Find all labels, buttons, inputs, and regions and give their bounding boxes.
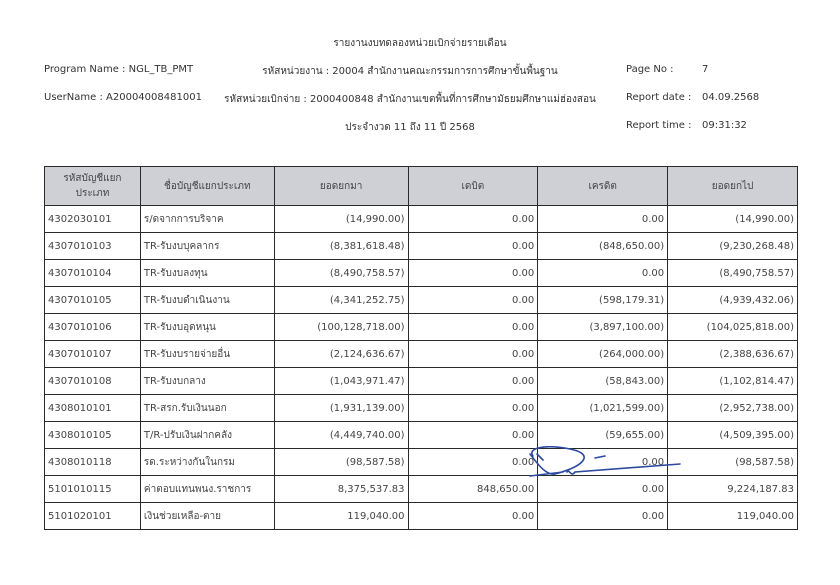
report-period: ประจำงวด 11 ถึง 11 ปี 2568 <box>205 120 615 135</box>
table-row: 4307010106TR-รับงบอุดหนุน(100,128,718.00… <box>45 314 798 341</box>
cell-credit: 0.00 <box>538 206 668 233</box>
cell-balance-carried: (98,587.58) <box>668 449 798 476</box>
cell-account-name: TR-รับงบอุดหนุน <box>140 314 274 341</box>
cell-debit: 0.00 <box>408 341 538 368</box>
header-balance-carried: ยอดยกไป <box>668 167 798 206</box>
cell-balance-carried: (4,509,395.00) <box>668 422 798 449</box>
cell-account-code: 5101020101 <box>45 503 141 530</box>
cell-credit: 0.00 <box>538 449 668 476</box>
cell-credit: (3,897,100.00) <box>538 314 668 341</box>
cell-debit: 848,650.00 <box>408 476 538 503</box>
cell-balance-forward: (1,043,971.47) <box>274 368 408 395</box>
table-row: 4302030101ร/ดจากการบริจาค(14,990.00)0.00… <box>45 206 798 233</box>
disbursing-unit: รหัสหน่วยเบิกจ่าย : 2000400848 สำนักงานเ… <box>205 92 615 107</box>
page-no-label: Page No : <box>626 64 674 75</box>
cell-balance-forward: (8,381,618.48) <box>274 233 408 260</box>
header-account-name: ชื่อบัญชีแยกประเภท <box>140 167 274 206</box>
cell-balance-carried: 119,040.00 <box>668 503 798 530</box>
table-row: 4307010104TR-รับงบลงทุน(8,490,758.57)0.0… <box>45 260 798 287</box>
cell-account-name: TR-รับงบลงทุน <box>140 260 274 287</box>
cell-credit: (598,179.31) <box>538 287 668 314</box>
cell-balance-carried: (104,025,818.00) <box>668 314 798 341</box>
cell-account-code: 4308010118 <box>45 449 141 476</box>
cell-debit: 0.00 <box>408 233 538 260</box>
cell-account-code: 4308010101 <box>45 395 141 422</box>
agency-code: รหัสหน่วยงาน : 20004 สำนักงานคณะกรรมการก… <box>205 64 615 79</box>
cell-balance-forward: (4,341,252.75) <box>274 287 408 314</box>
cell-account-code: 4307010107 <box>45 341 141 368</box>
cell-account-code: 4307010105 <box>45 287 141 314</box>
report-date: 04.09.2568 <box>702 92 759 103</box>
cell-balance-forward: 8,375,537.83 <box>274 476 408 503</box>
cell-debit: 0.00 <box>408 287 538 314</box>
cell-credit: (58,843.00) <box>538 368 668 395</box>
cell-balance-forward: (98,587.58) <box>274 449 408 476</box>
table-row: 4307010107TR-รับงบรายจ่ายอื่น(2,124,636.… <box>45 341 798 368</box>
cell-account-name: รด.ระหว่างกันในกรม <box>140 449 274 476</box>
report-title: รายงานงบทดลองหน่วยเบิกจ่ายรายเดือน <box>0 36 840 51</box>
cell-debit: 0.00 <box>408 422 538 449</box>
cell-account-code: 4308010105 <box>45 422 141 449</box>
header-debit: เดบิต <box>408 167 538 206</box>
table-row: 4308010105T/R-ปรับเงินฝากคลัง(4,449,740.… <box>45 422 798 449</box>
cell-account-name: ร/ดจากการบริจาค <box>140 206 274 233</box>
cell-account-code: 5101010115 <box>45 476 141 503</box>
cell-credit: (848,650.00) <box>538 233 668 260</box>
cell-debit: 0.00 <box>408 449 538 476</box>
cell-account-code: 4307010104 <box>45 260 141 287</box>
cell-account-name: T/R-ปรับเงินฝากคลัง <box>140 422 274 449</box>
cell-balance-carried: (14,990.00) <box>668 206 798 233</box>
cell-balance-forward: (2,124,636.67) <box>274 341 408 368</box>
header-account-code: รหัสบัญชีแยกประเภท <box>45 167 141 206</box>
cell-credit: (264,000.00) <box>538 341 668 368</box>
table-header-row: รหัสบัญชีแยกประเภท ชื่อบัญชีแยกประเภท ยอ… <box>45 167 798 206</box>
cell-account-name: TR-รับงบบุคลากร <box>140 233 274 260</box>
cell-account-name: ค่าตอบแทนพนง.ราชการ <box>140 476 274 503</box>
report-time: 09:31:32 <box>702 120 747 131</box>
page-no: 7 <box>702 64 708 75</box>
cell-credit: (59,655.00) <box>538 422 668 449</box>
trial-balance-table: รหัสบัญชีแยกประเภท ชื่อบัญชีแยกประเภท ยอ… <box>44 166 798 530</box>
report-time-label: Report time : <box>626 120 691 131</box>
table-row: 5101010115ค่าตอบแทนพนง.ราชการ8,375,537.8… <box>45 476 798 503</box>
cell-account-name: TR-รับงบดำเนินงาน <box>140 287 274 314</box>
cell-account-code: 4307010108 <box>45 368 141 395</box>
cell-account-name: TR-รับงบรายจ่ายอื่น <box>140 341 274 368</box>
cell-balance-forward: (8,490,758.57) <box>274 260 408 287</box>
table-row: 4308010118รด.ระหว่างกันในกรม(98,587.58)0… <box>45 449 798 476</box>
cell-balance-carried: (2,388,636.67) <box>668 341 798 368</box>
table-row: 4307010103TR-รับงบบุคลากร(8,381,618.48)0… <box>45 233 798 260</box>
table-row: 5101020101เงินช่วยเหลือ-ตาย119,040.000.0… <box>45 503 798 530</box>
cell-account-name: เงินช่วยเหลือ-ตาย <box>140 503 274 530</box>
cell-balance-carried: (8,490,758.57) <box>668 260 798 287</box>
cell-debit: 0.00 <box>408 260 538 287</box>
user-name: UserName : A20004008481001 <box>44 92 202 103</box>
cell-credit: (1,021,599.00) <box>538 395 668 422</box>
cell-account-code: 4307010103 <box>45 233 141 260</box>
cell-credit: 0.00 <box>538 260 668 287</box>
cell-balance-forward: (100,128,718.00) <box>274 314 408 341</box>
cell-debit: 0.00 <box>408 314 538 341</box>
cell-account-code: 4307010106 <box>45 314 141 341</box>
program-name: Program Name : NGL_TB_PMT <box>44 64 193 75</box>
cell-balance-carried: (1,102,814.47) <box>668 368 798 395</box>
cell-account-code: 4302030101 <box>45 206 141 233</box>
cell-balance-carried: 9,224,187.83 <box>668 476 798 503</box>
cell-debit: 0.00 <box>408 503 538 530</box>
cell-balance-forward: (4,449,740.00) <box>274 422 408 449</box>
cell-account-name: TR-สรก.รับเงินนอก <box>140 395 274 422</box>
table-row: 4307010108TR-รับงบกลาง(1,043,971.47)0.00… <box>45 368 798 395</box>
table-row: 4308010101TR-สรก.รับเงินนอก(1,931,139.00… <box>45 395 798 422</box>
cell-balance-forward: 119,040.00 <box>274 503 408 530</box>
cell-debit: 0.00 <box>408 206 538 233</box>
cell-balance-forward: (1,931,139.00) <box>274 395 408 422</box>
cell-balance-carried: (9,230,268.48) <box>668 233 798 260</box>
cell-balance-carried: (2,952,738.00) <box>668 395 798 422</box>
cell-balance-forward: (14,990.00) <box>274 206 408 233</box>
table-row: 4307010105TR-รับงบดำเนินงาน(4,341,252.75… <box>45 287 798 314</box>
cell-debit: 0.00 <box>408 368 538 395</box>
report-date-label: Report date : <box>626 92 691 103</box>
header-balance-forward: ยอดยกมา <box>274 167 408 206</box>
cell-balance-carried: (4,939,432.06) <box>668 287 798 314</box>
cell-debit: 0.00 <box>408 395 538 422</box>
cell-credit: 0.00 <box>538 476 668 503</box>
cell-account-name: TR-รับงบกลาง <box>140 368 274 395</box>
header-credit: เครดิต <box>538 167 668 206</box>
cell-credit: 0.00 <box>538 503 668 530</box>
